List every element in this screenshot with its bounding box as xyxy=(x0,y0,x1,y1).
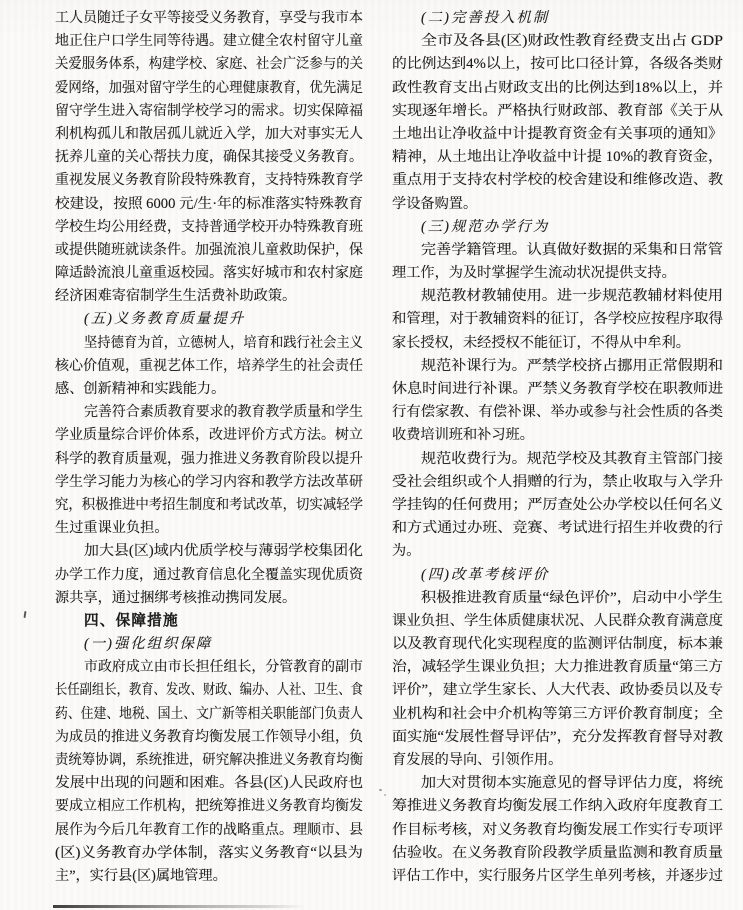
text-line: 休息时间进行补课。严禁义务教育学校在职教师进 xyxy=(392,378,723,401)
text-line: 以及教育现代化实现程度的监测评估制度，标本兼 xyxy=(392,633,723,656)
text-line: 全市及各县(区)财政性教育经费支出占 GDP xyxy=(392,30,723,53)
scan-artifact xyxy=(384,794,386,796)
text-line: 规范教材教辅使用。进一步规范教辅材料使用 xyxy=(392,285,723,308)
text-line: 筹推进义务教育均衡发展工作纳入政府年度教育工 xyxy=(392,795,723,818)
document-page: 工人员随迁子女平等接受义务教育，享受与我市本地正住户口学生同等待遇。建立健全农村… xyxy=(0,0,743,910)
text-line: 市政府成立由市长担任组长，分管教育的副市 xyxy=(55,656,363,679)
text-line: 主”，实行县(区)属地管理。 xyxy=(55,865,363,888)
text-line: 源共享，通过捆绑考核推动携同发展。 xyxy=(55,587,363,610)
text-line: 为。 xyxy=(392,540,723,563)
text-line: 加大对贯彻本实施意见的督导评估力度，将统 xyxy=(392,772,723,795)
text-line: 爱网络，加强对留守学生的心理健康教育，优先满足 xyxy=(55,77,363,100)
text-line: 发展中出现的问题和困难。各县(区)人民政府也 xyxy=(55,772,363,795)
text-line: 和方式通过办班、竞赛、考试进行招生并收费的行 xyxy=(392,517,723,540)
text-line: 长任副组长，教育、发改、财政、编办、人社、卫生、食 xyxy=(55,679,363,702)
text-line: 关爱服务体系，构建学校、家庭、社会广泛参与的关 xyxy=(55,53,363,76)
text-line: 业机构和社会中介机构等第三方评价教育制度；全 xyxy=(392,703,723,726)
text-line: 和管理，对于教辅资料的征订，各学校应按程序取得 xyxy=(392,308,723,331)
text-line: 药、住建、地税、国土、文广新等相关职能部门负责人 xyxy=(55,703,363,726)
text-line: 核心价值观，重视艺体工作，培养学生的社会责任 xyxy=(55,355,363,378)
text-line: 或提供随班就读条件。加强流浪儿童救助保护，保 xyxy=(55,239,363,262)
text-line: 面实施“发展性督导评估”，充分发挥教育督导对教 xyxy=(392,726,723,749)
text-line: 理工作，为及时掌握学生流动状况提供支持。 xyxy=(392,262,723,285)
text-line: 学设备购置。 xyxy=(392,193,723,216)
text-line: 规范补课行为。严禁学校挤占挪用正常假期和 xyxy=(392,355,723,378)
right-column: (二)完善投入机制全市及各县(区)财政性教育经费支出占 GDP的比例达到4%以上… xyxy=(392,7,723,888)
section-heading: (一)强化组织保障 xyxy=(55,633,363,656)
left-column: 工人员随迁子女平等接受义务教育，享受与我市本地正住户口学生同等待遇。建立健全农村… xyxy=(55,7,363,888)
text-line: 规范收费行为。规范学校及其教育主管部门接 xyxy=(392,448,723,471)
text-line: 积极推进教育质量“绿色评价”，启动中小学生 xyxy=(392,587,723,610)
section-heading: (三)规范办学行为 xyxy=(392,216,723,239)
text-line: 精神，从土地出让净收益中计提 10%的教育资金， xyxy=(392,146,723,169)
text-line: 地正住户口学生同等待遇。建立健全农村留守儿童 xyxy=(55,30,363,53)
text-line: 评估工作中，实行服务片区学生单列考核，并逐步过 xyxy=(392,865,723,888)
text-line: 展作为今后几年教育工作的战略重点。理顺市、县 xyxy=(55,819,363,842)
text-line: 校建设，按照 6000 元/生·年的标准落实特殊教育 xyxy=(55,193,363,216)
text-line: 加大县(区)域内优质学校与薄弱学校集团化 xyxy=(55,540,363,563)
text-line: 科学的教育质量观，强力推进义务教育阶段以提升 xyxy=(55,448,363,471)
text-line: 受社会组织或个人捐赠的行为，禁止收取与入学升 xyxy=(392,471,723,494)
text-line: (区)义务教育办学体制，落实义务教育“以县为 xyxy=(55,842,363,865)
text-line: 工人员随迁子女平等接受义务教育，享受与我市本 xyxy=(55,7,363,30)
text-line: 学生学习能力为核心的学习内容和教学方法改革研 xyxy=(55,471,363,494)
text-line: 家长授权，未经授权不能征订，不得从中牟利。 xyxy=(392,332,723,355)
footnote-rule xyxy=(53,905,305,908)
text-line: 重视发展义务教育阶段特殊教育，支持特殊教育学 xyxy=(55,169,363,192)
text-line: 为成员的推进义务教育均衡发展工作领导小组，负 xyxy=(55,726,363,749)
scan-artifact xyxy=(379,789,382,791)
text-line: 学业质量综合评价体系，改进评价方式方法。树立 xyxy=(55,424,363,447)
text-line: 政性教育支出占财政支出的比例达到18%以上，并 xyxy=(392,77,723,100)
text-line: 留守学生进入寄宿制学校学习的需求。切实保障福 xyxy=(55,100,363,123)
text-line: 责统筹协调，系统推进，研究解决推进义务教育均衡 xyxy=(55,749,363,772)
text-line: 完善符合素质教育要求的教育教学质量和学生 xyxy=(55,401,363,424)
text-line: 学挂钩的任何费用；严厉查处公办学校以任何名义 xyxy=(392,494,723,517)
text-line: 评价”，建立学生家长、人大代表、政协委员以及专 xyxy=(392,679,723,702)
text-line: 抚养儿童的关心帮扶力度，确保其接受义务教育。 xyxy=(55,146,363,169)
text-line: 作目标考核，对义务教育均衡发展工作实行专项评 xyxy=(392,819,723,842)
text-line: 办学工作力度，通过教育信息化全覆盖实现优质资 xyxy=(55,564,363,587)
text-line: 土地出让净收益中计提教育资金有关事项的通知》 xyxy=(392,123,723,146)
text-line: 学校生均公用经费，支持普通学校开办特殊教育班 xyxy=(55,216,363,239)
section-heading: (四)改革考核评价 xyxy=(392,564,723,587)
text-line: 估验收。在义务教育阶段教学质量监测和教育质量 xyxy=(392,842,723,865)
text-line: 课业负担、学生体质健康状况、人民群众教育满意度 xyxy=(392,610,723,633)
section-heading: (二)完善投入机制 xyxy=(392,7,723,30)
text-line: 的比例达到4%以上，按可比口径计算，各级各类财 xyxy=(392,53,723,76)
text-line: 障适龄流浪儿童重返校园。落实好城市和农村家庭 xyxy=(55,262,363,285)
text-line: 经济困难寄宿制学生生活费补助政策。 xyxy=(55,285,363,308)
text-line: 收费培训班和补习班。 xyxy=(392,424,723,447)
text-line: 完善学籍管理。认真做好数据的采集和日常管 xyxy=(392,239,723,262)
text-line: 育发展的导向、引领作用。 xyxy=(392,749,723,772)
text-line: 究，积极推进中考招生制度和考试改革，切实减轻学 xyxy=(55,494,363,517)
text-line: 生过重课业负担。 xyxy=(55,517,363,540)
text-line: 治，减轻学生课业负担；大力推进教育质量“第三方 xyxy=(392,656,723,679)
text-line: 感、创新精神和实践能力。 xyxy=(55,378,363,401)
text-line: 行有偿家教、有偿补课、举办或参与社会性质的各类 xyxy=(392,401,723,424)
text-line: 实现逐年增长。严格执行财政部、教育部《关于从 xyxy=(392,100,723,123)
text-line: 重点用于支持农村学校的校舍建设和维修改造、教 xyxy=(392,169,723,192)
text-line: 要成立相应工作机构，把统筹推进义务教育均衡发 xyxy=(55,795,363,818)
scan-artifact xyxy=(24,611,27,618)
section-heading: 四、保障措施 xyxy=(55,610,363,633)
text-line: 利机构孤儿和散居孤儿就近入学，加大对事实无人 xyxy=(55,123,363,146)
text-line: 坚持德育为首，立德树人，培育和践行社会主义 xyxy=(55,332,363,355)
section-heading: (五)义务教育质量提升 xyxy=(55,308,363,331)
